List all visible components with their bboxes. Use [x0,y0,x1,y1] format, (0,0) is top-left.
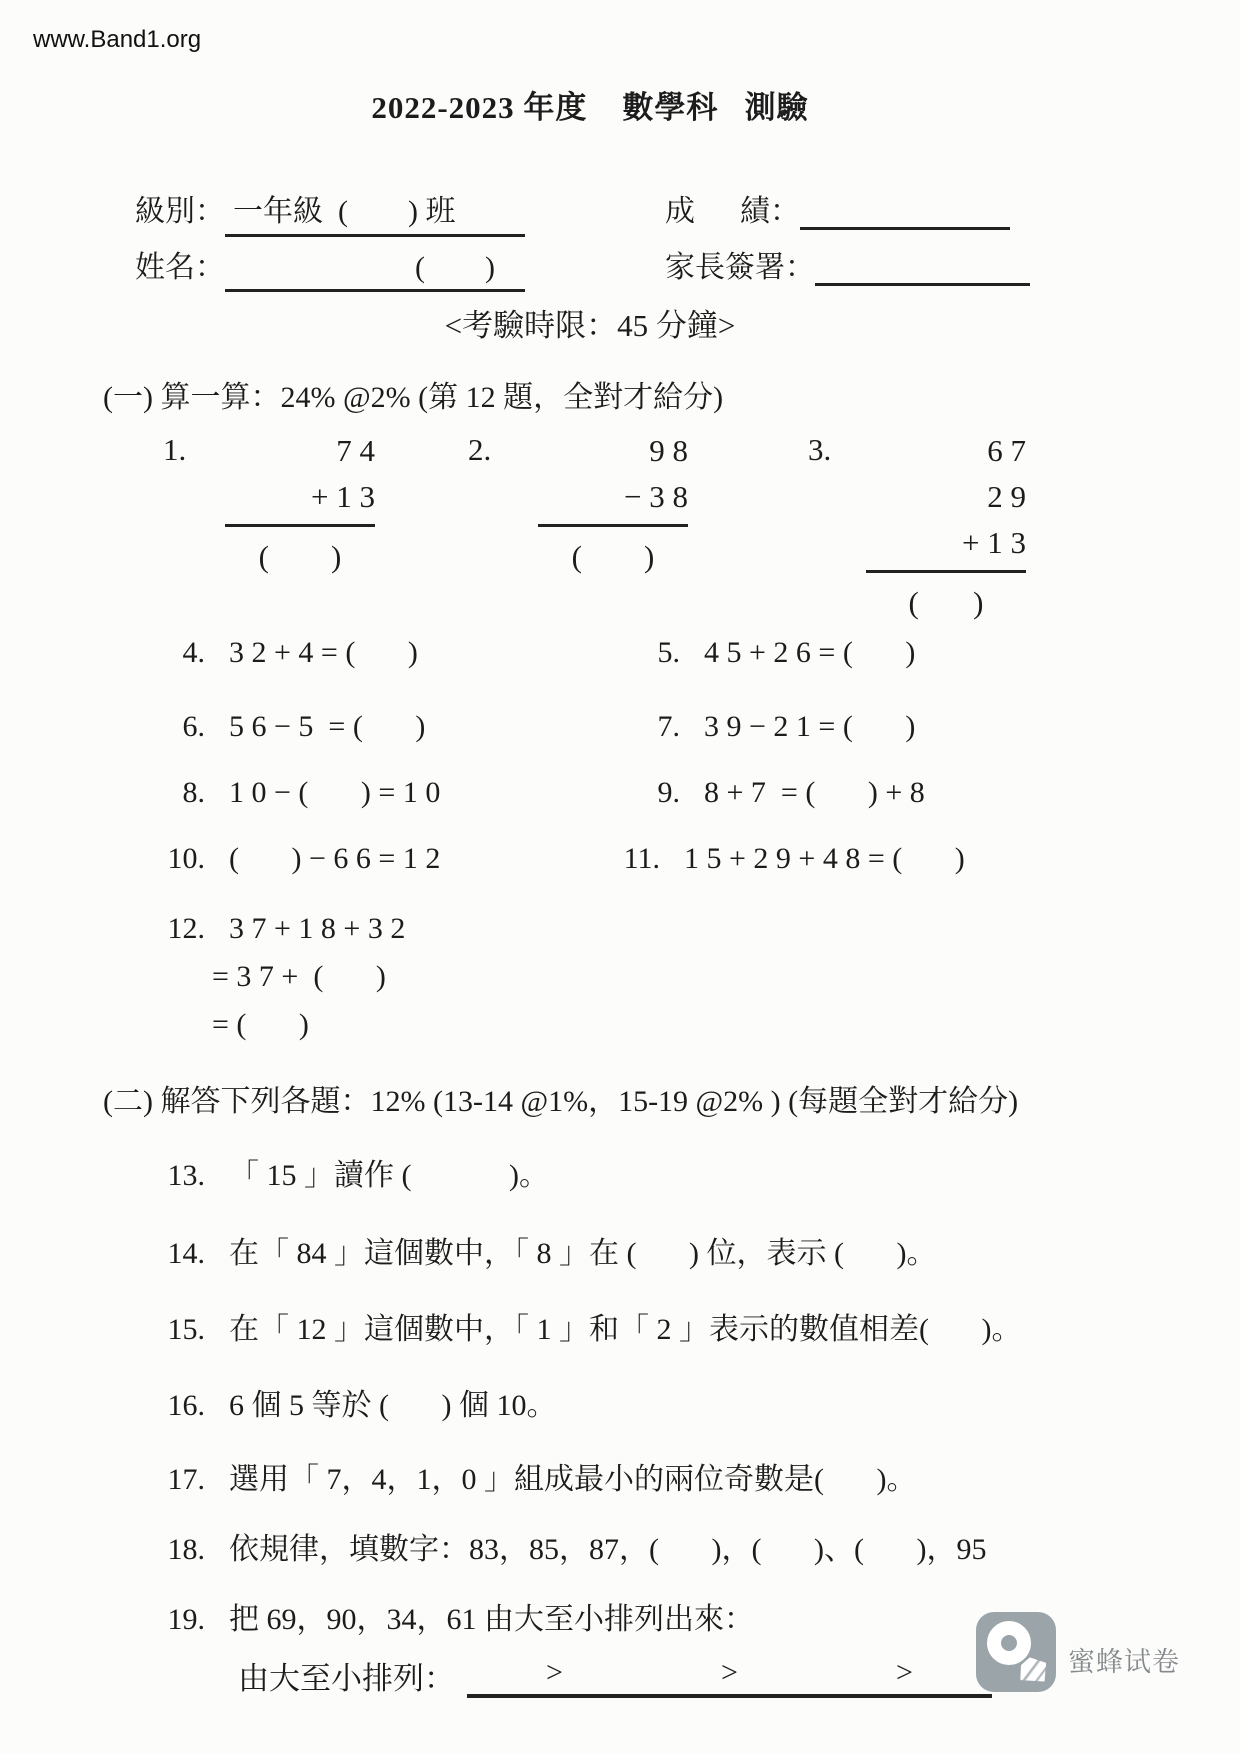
question-6-number: 6. [145,710,205,744]
parent-sign-label: 家長簽署： [665,251,815,284]
question-18-number: 18. [145,1533,205,1567]
question-10: 10.( ) − 6 6 = 1 2 [145,842,440,876]
section2-heading: (二) 解答下列各題：12% (13-14 @1%，15-19 @2% ) (每… [103,1076,1018,1120]
question-15-text: 在「 12 」這個數中，「 1 」和「 2 」表示的數值相差( )。 [229,1313,1021,1346]
section1-heading: (一) 算一算：24% @2% (第 12 題，全對才給分) [103,372,723,416]
question-19-answer-row: 由大至小排列： > > > [238,1652,992,1698]
question-5: 5.4 5 + 2 6 = ( ) [620,636,915,670]
watermark-url: www.Band1.org [33,26,201,54]
question-19-text: 把 69，90，34，61 由大至小排列出來： [229,1603,754,1636]
question-10-number: 10. [145,842,205,876]
parent-sign-blank [815,248,1030,286]
time-limit-note: <考驗時限：45 分鐘> [0,300,1180,345]
question-11-number: 11. [600,842,660,876]
question-9: 9.8 + 7 = ( ) + 8 [620,776,925,810]
question-15-number: 15. [145,1313,205,1347]
question-3-bottom-number: + 1 3 [866,520,1026,573]
question-12: 12.3 7 + 1 8 + 3 2 [145,912,405,946]
question-7-number: 7. [620,710,680,744]
question-18-text: 依規律，填數字：83，85，87，( )，( )、( )，95 [229,1533,986,1566]
question-15: 15.在「 12 」這個數中，「 1 」和「 2 」表示的數值相差( )。 [145,1304,1021,1348]
question-2-number: 2. [468,432,491,468]
question-11-text: 1 5 + 2 9 + 4 8 = ( ) [684,842,965,875]
question-12-line1: 3 7 + 1 8 + 3 2 [229,912,405,945]
question-12-number: 12. [145,912,205,946]
worksheet-page: www.Band1.org 2022-2023 年度 數學科 測驗 級別：一年級… [0,0,1240,1754]
question-14-number: 14. [145,1237,205,1271]
question-6-text: 5 6 − 5 = ( ) [229,710,425,743]
question-10-text: ( ) − 6 6 = 1 2 [229,842,440,875]
question-2-top-number: 9 8 [538,428,688,474]
question-17-text: 選用「 7，4，1，0 」組成最小的兩位奇數是( )。 [229,1463,916,1496]
greater-than-sign: > [896,1656,913,1690]
question-7: 7.3 9 − 2 1 = ( ) [620,710,915,744]
question-14: 14.在「 84 」這個數中，「 8 」在 ( ) 位，表示 ( )。 [145,1228,936,1272]
question-18: 18.依規律，填數字：83，85，87，( )，( )、( )，95 [145,1524,986,1568]
question-9-text: 8 + 7 = ( ) + 8 [704,776,925,809]
question-16-number: 16. [145,1389,205,1423]
greater-than-sign: > [721,1656,738,1690]
question-14-text: 在「 84 」這個數中，「 8 」在 ( ) 位，表示 ( )。 [229,1237,936,1270]
order-label: 由大至小排列： [238,1661,455,1696]
question-1-number: 1. [163,432,186,468]
question-1-top-number: 7 4 [225,428,375,474]
question-13-text: 「 15 」讀作 ( )。 [229,1159,549,1192]
question-1-bottom-number: + 1 3 [225,474,375,527]
page-title: 2022-2023 年度 數學科 測驗 [0,82,1180,127]
question-9-number: 9. [620,776,680,810]
question-6: 6.5 6 − 5 = ( ) [145,710,425,744]
question-4-text: 3 2 + 4 = ( ) [229,636,418,669]
question-2-answer-blank: ( ) [538,527,688,575]
question-12-line2: = 3 7 + ( ) [212,960,386,994]
question-13: 13.「 15 」讀作 ( )。 [145,1150,549,1194]
logo-ring-icon [987,1621,1031,1665]
greater-than-sign: > [546,1656,563,1690]
question-2-bottom-number: − 3 8 [538,474,688,527]
question-17: 17.選用「 7，4，1，0 」組成最小的兩位奇數是( )。 [145,1454,916,1498]
question-3-row1-number: 6 7 [866,428,1026,474]
beefun-logo-icon [976,1612,1056,1692]
question-4: 4.3 2 + 4 = ( ) [145,636,418,670]
question-5-text: 4 5 + 2 6 = ( ) [704,636,915,669]
question-16-text: 6 個 5 等於 ( ) 個 10。 [229,1389,556,1422]
name-label: 姓名： [135,251,225,284]
question-19-number: 19. [145,1603,205,1637]
question-7-text: 3 9 − 2 1 = ( ) [704,710,915,743]
question-17-number: 17. [145,1463,205,1497]
question-4-number: 4. [145,636,205,670]
question-3-row2-number: 2 9 [866,474,1026,520]
question-11: 11.1 5 + 2 9 + 4 8 = ( ) [600,842,965,876]
name-blank: ( ) [225,251,525,292]
answer-line: > > > [467,1652,992,1698]
question-3-answer-blank: ( ) [866,573,1026,621]
question-3-number: 3. [808,432,831,468]
question-16: 16.6 個 5 等於 ( ) 個 10。 [145,1380,556,1424]
question-8-number: 8. [145,776,205,810]
question-13-number: 13. [145,1159,205,1193]
question-8: 8.1 0 − ( ) = 1 0 [145,776,440,810]
question-8-text: 1 0 − ( ) = 1 0 [229,776,440,809]
question-19: 19.把 69，90，34，61 由大至小排列出來： [145,1594,754,1638]
question-5-number: 5. [620,636,680,670]
question-12-line3: = ( ) [212,1008,309,1042]
brand-name: 蜜蜂试卷 [1068,1640,1180,1679]
question-1-answer-blank: ( ) [225,527,375,575]
